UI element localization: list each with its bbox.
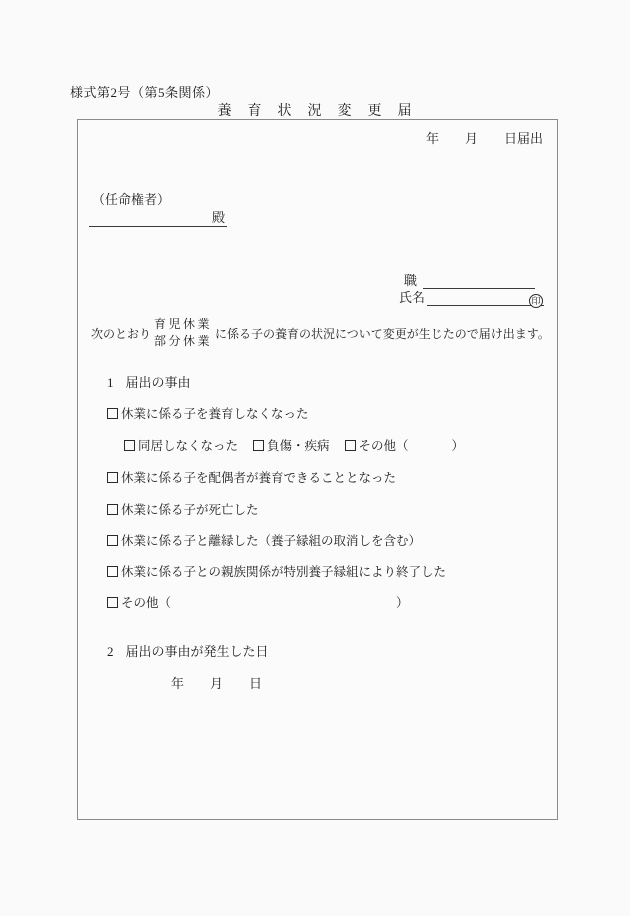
section1-title: 届出の事由 — [126, 375, 191, 390]
appointing-authority-blank-field: 殿 — [89, 207, 227, 227]
checkbox-spouse-can-raise — [107, 472, 118, 483]
reason-label: 休業に係る子と離縁した（養子縁組の取消しを含む） — [121, 531, 421, 549]
checkbox-no-longer-cohabiting — [124, 440, 135, 451]
section1-number: 1 — [107, 375, 114, 390]
name-label: 氏名 — [399, 287, 425, 306]
sub-reason-label: 同居しなくなった — [138, 436, 238, 454]
sub-reason-label: 負傷・疾病 — [267, 436, 330, 454]
leave-type-childcare: 育児休業 — [154, 316, 212, 333]
reason-label: 休業に係る子が死亡した — [121, 500, 259, 518]
occurrence-date-line: 年 月 日 — [171, 673, 262, 692]
notification-date-line: 年 月 日届出 — [426, 128, 543, 147]
leave-type-stack: 育児休業 部分休業 — [154, 316, 212, 350]
checkbox-other — [107, 597, 118, 608]
name-blank-field: 印 — [427, 290, 544, 306]
checkbox-special-adoption-ended — [107, 566, 118, 577]
reason-other-close: ） — [396, 593, 409, 611]
reason-label: 休業に係る子との親族関係が特別養子縁組により終了した — [121, 562, 446, 580]
reason-spouse-can-raise: 休業に係る子を配偶者が養育できることとなった — [107, 468, 396, 486]
section2-title: 届出の事由が発生した日 — [126, 644, 269, 659]
reason-special-adoption-ended: 休業に係る子との親族関係が特別養子縁組により終了した — [107, 562, 446, 580]
section1-heading: 1届出の事由 — [107, 372, 191, 391]
reason-dissolved-adoption: 休業に係る子と離縁した（養子縁組の取消しを含む） — [107, 531, 421, 549]
section2-number: 2 — [107, 644, 114, 659]
checkbox-dissolved-adoption — [107, 535, 118, 546]
name-row: 氏名 印 — [399, 287, 544, 306]
sub-reason-other-close: ） — [452, 436, 465, 454]
checkbox-child-died — [107, 504, 118, 515]
document-page: 様式第2号（第5条関係） 養 育 状 況 変 更 届 年 月 日届出 （任命権者… — [0, 0, 630, 916]
form-number: 様式第2号（第5条関係） — [70, 82, 219, 101]
sub-reason-other-open: その他（ — [359, 436, 409, 454]
statement-suffix: に係る子の養育の状況について変更が生じたので届け出ます。 — [215, 325, 550, 342]
leave-type-partial: 部分休業 — [154, 333, 212, 350]
reason-other-open: その他（ — [121, 593, 171, 611]
statement-prefix: 次のとおり — [91, 325, 151, 342]
checkbox-stopped-raising-child — [107, 408, 118, 419]
appointing-authority-label: （任命権者） — [92, 189, 170, 208]
section2-heading: 2届出の事由が発生した日 — [107, 641, 269, 660]
reason-stopped-raising-child: 休業に係る子を養育しなくなった — [107, 404, 309, 422]
checkbox-injury-illness — [253, 440, 264, 451]
reason-child-died: 休業に係る子が死亡した — [107, 500, 259, 518]
form-title: 養 育 状 況 変 更 届 — [0, 100, 630, 120]
declaration-statement: 次のとおり 育児休業 部分休業 に係る子の養育の状況について変更が生じたので届け… — [91, 316, 550, 350]
form-body-box: 年 月 日届出 （任命権者） 殿 職 氏名 印 次のとおり 育児休業 部分休業 … — [77, 119, 558, 820]
reason-label: 休業に係る子を配偶者が養育できることとなった — [121, 468, 396, 486]
sub-reason-row: 同居しなくなった 負傷・疾病 その他（ ） — [124, 436, 464, 454]
checkbox-sub-other — [345, 440, 356, 451]
reason-other: その他（ ） — [107, 593, 409, 611]
dono-honorific: 殿 — [212, 210, 225, 225]
reason-label: 休業に係る子を養育しなくなった — [121, 404, 309, 422]
seal-mark-icon: 印 — [529, 294, 543, 308]
